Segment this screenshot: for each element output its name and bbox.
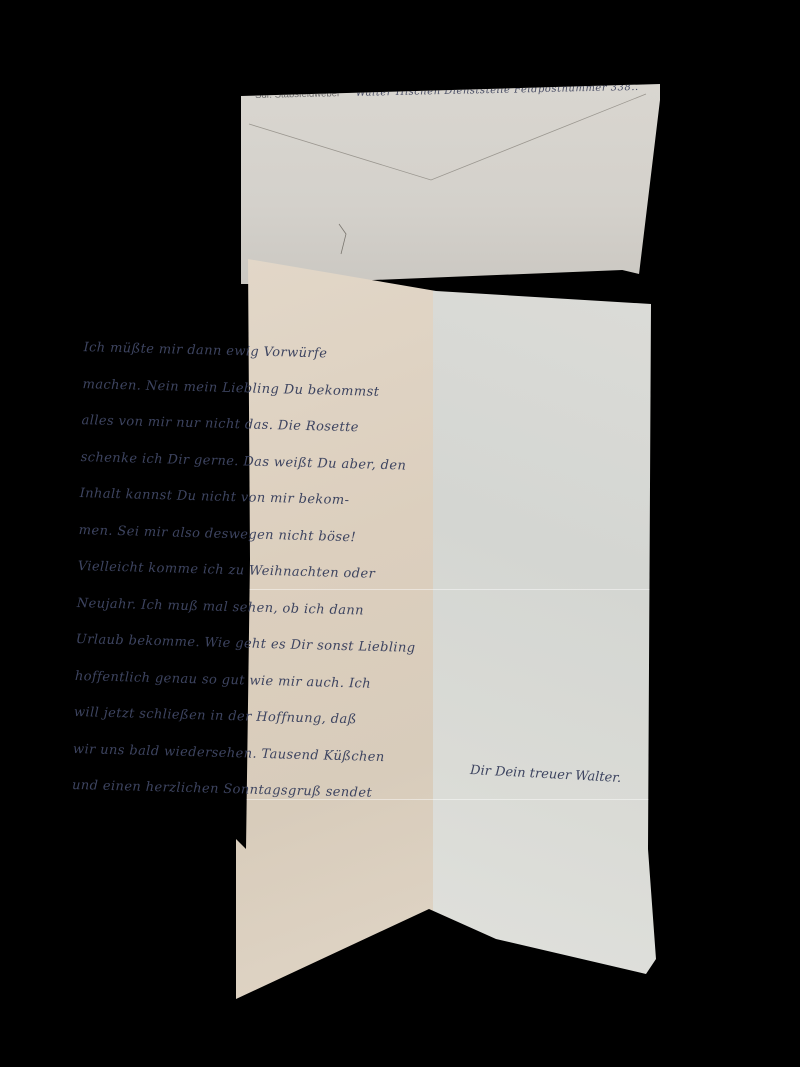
envelope: Sdr. Stabsfeldwebel Walter Hischen Diens… [241,84,660,284]
envelope-flap-lines [241,84,660,284]
letter-text: Ich müßte mir dann ewig Vorwürfe machen.… [68,330,640,819]
envelope-printed-label: Sdr. Stabsfeldwebel [255,88,339,101]
